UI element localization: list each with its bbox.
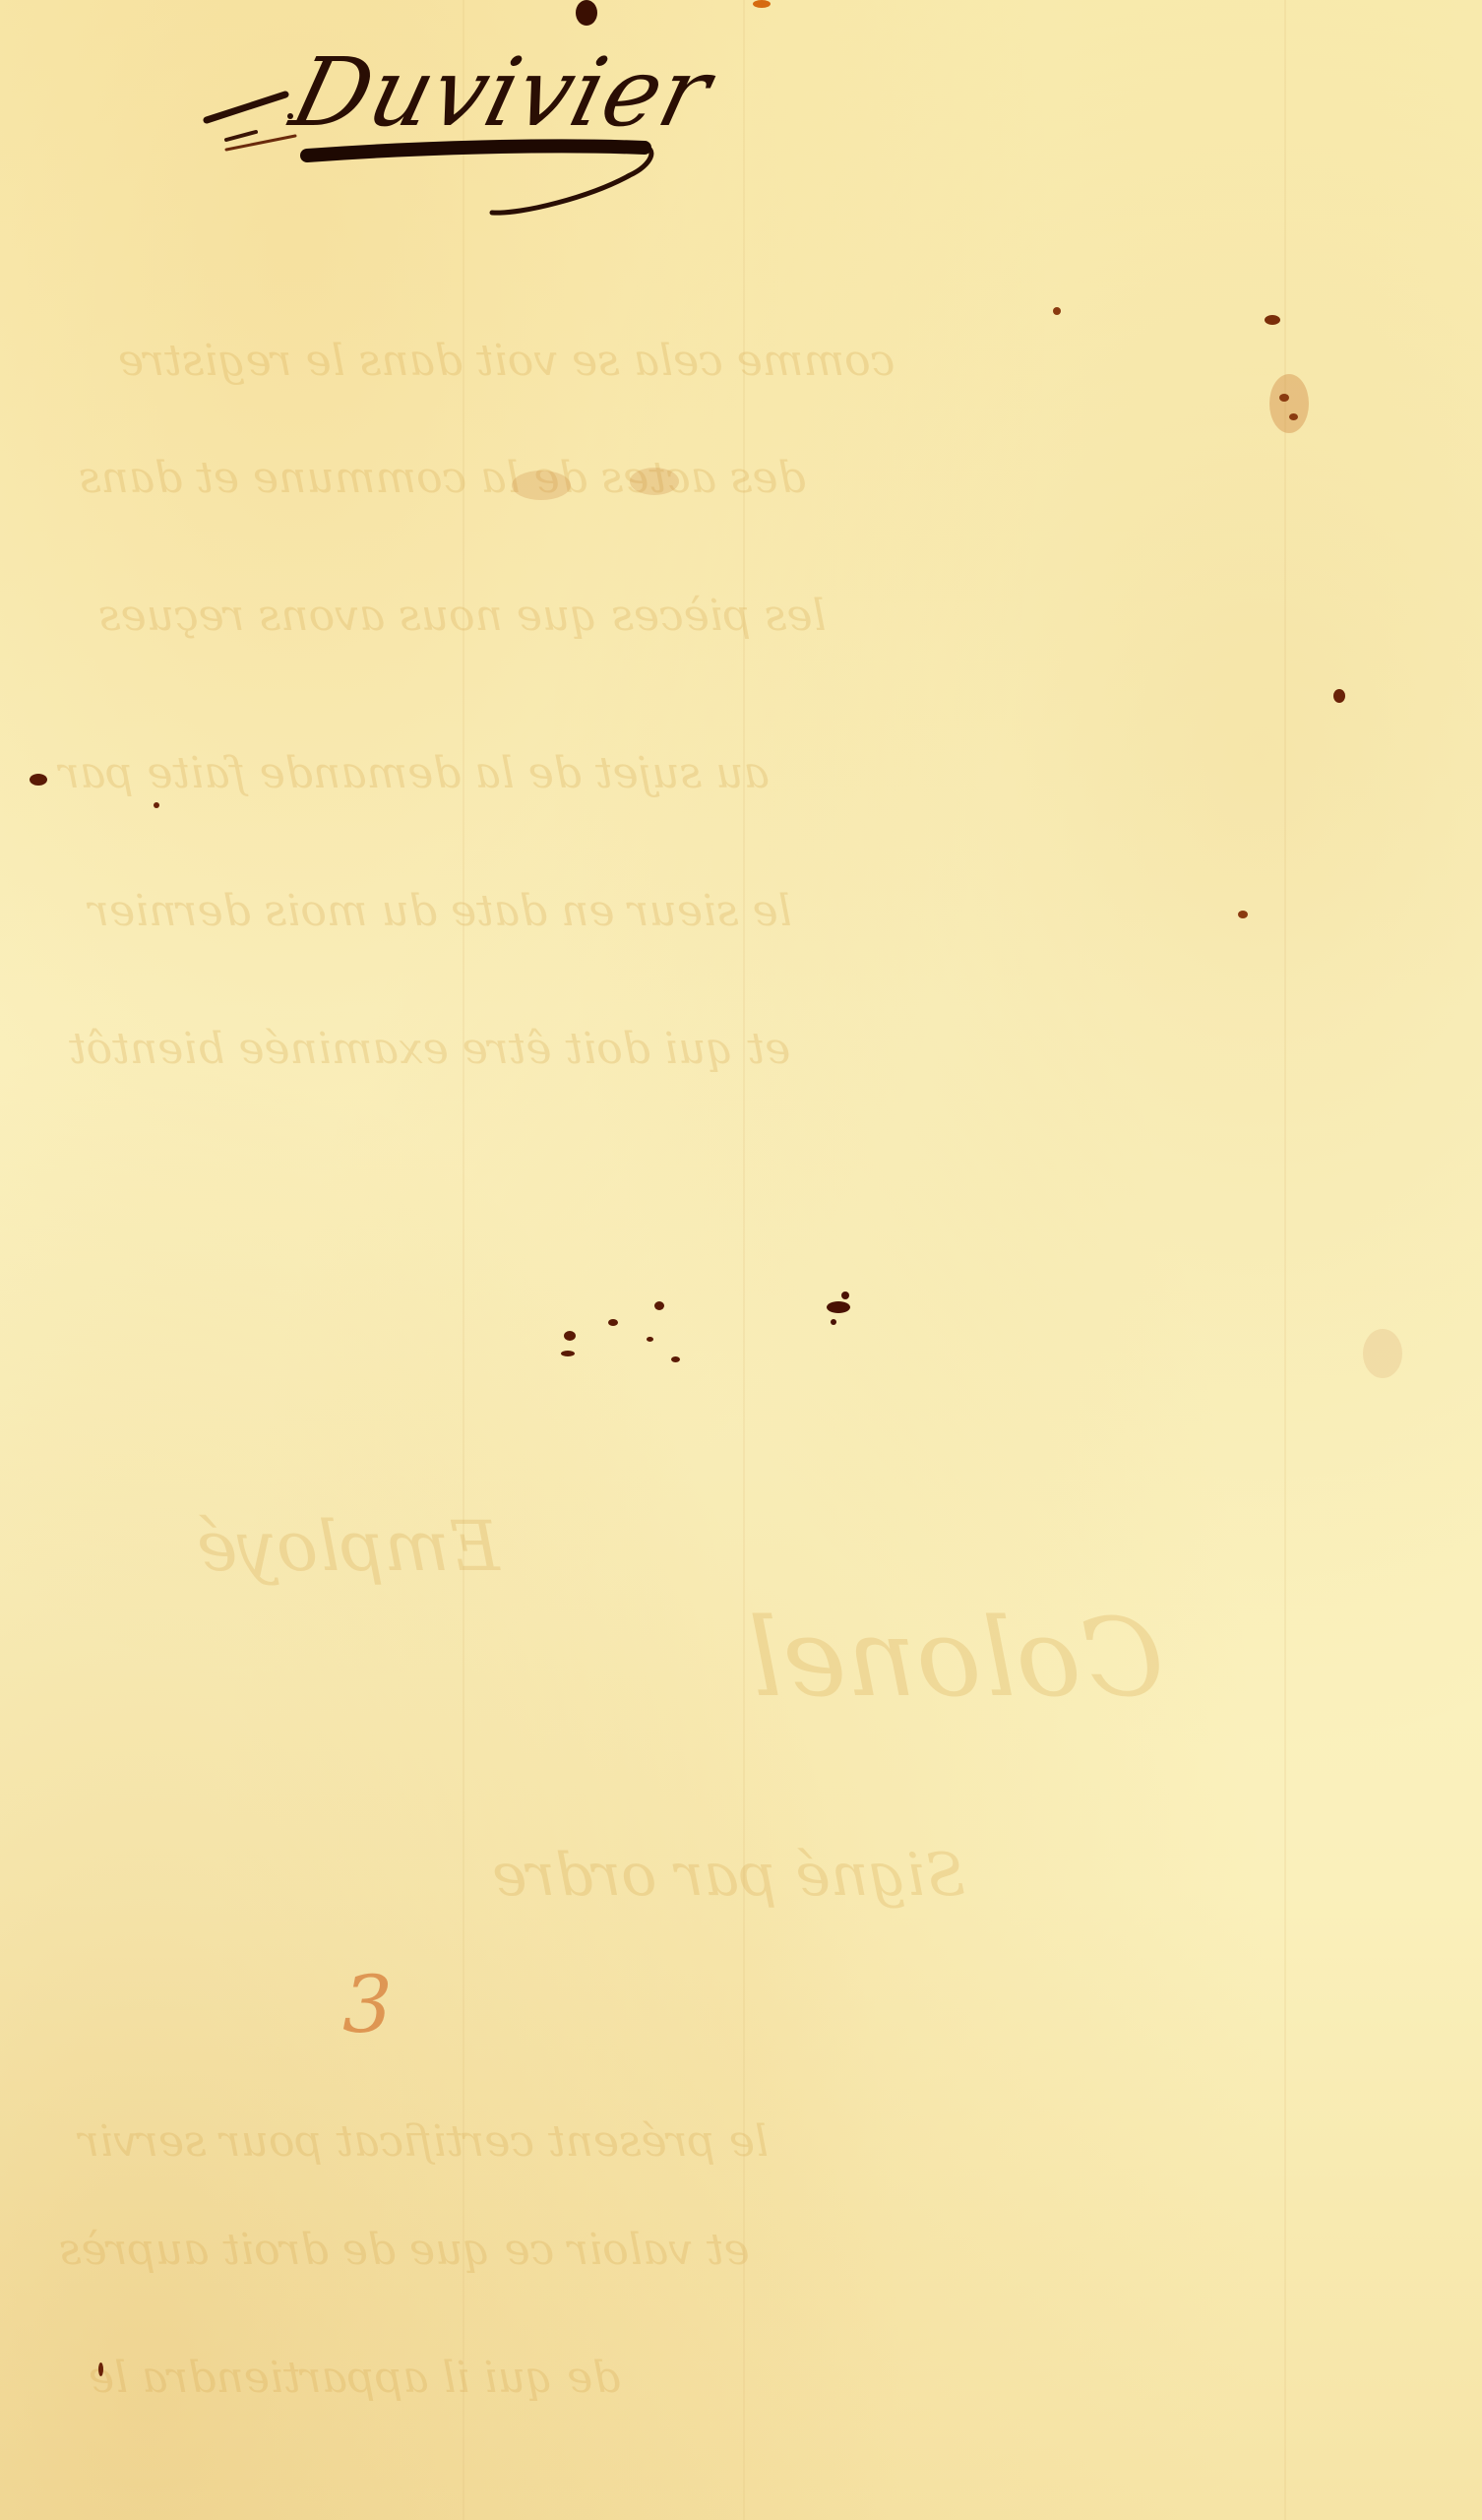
ink-stain	[1279, 394, 1289, 402]
bleed-through-text: et qui doit être examinée bientôt	[69, 1024, 790, 1074]
ink-stain	[1289, 413, 1298, 420]
bleed-through-text: de qui il appartiendra le	[89, 2353, 620, 2403]
ink-stain	[671, 1356, 680, 1362]
bleed-through-text: le présent certificat pour servir	[79, 2116, 769, 2167]
ink-stain	[30, 774, 47, 786]
document-page: ﾠcomme cela se voit dans le registre des…	[0, 0, 1482, 2520]
ink-stain	[154, 802, 159, 808]
marginal-number: 3	[342, 1959, 393, 2050]
bleed-through-text: Employé	[197, 1506, 500, 1587]
foxing-stain	[512, 471, 571, 500]
signature: Duvivier	[197, 30, 669, 217]
ink-stain	[561, 1351, 575, 1356]
bleed-through-text: le sieur en date du mois dernier	[89, 886, 792, 936]
ink-stain	[608, 1319, 618, 1326]
ink-stain	[1053, 307, 1061, 315]
ink-stain	[654, 1301, 664, 1310]
bleed-through-text: des actes de la commune et dans	[79, 453, 806, 503]
ink-stain	[831, 1319, 836, 1325]
ink-stain	[576, 0, 597, 26]
ink-stain	[647, 1337, 653, 1342]
ink-stain	[564, 1331, 576, 1341]
bleed-through-text: les pièces que nous avons reçues	[98, 591, 827, 641]
ink-stain	[841, 1291, 849, 1299]
ink-stain	[1333, 689, 1345, 703]
foxing-stain	[1363, 1329, 1402, 1378]
bleed-through-text: et valoir ce que de droit auprès	[59, 2225, 750, 2275]
foxing-stain	[1269, 374, 1309, 433]
ink-stain	[98, 2362, 103, 2376]
ink-stain	[1238, 911, 1248, 918]
ink-stain	[1265, 315, 1280, 325]
ink-stain	[753, 0, 771, 8]
ink-stain	[827, 1301, 850, 1313]
bleed-through-text: au sujet de la demande faite par	[59, 748, 770, 798]
bleed-through-text: ﾠcomme cela se voit dans le registre	[118, 325, 937, 388]
foxing-stain	[630, 468, 679, 495]
bleed-through-text: Signé par ordre	[492, 1841, 965, 1910]
signature-name: Duvivier	[281, 37, 721, 148]
bleed-through-text: Colonel	[748, 1595, 1164, 1721]
